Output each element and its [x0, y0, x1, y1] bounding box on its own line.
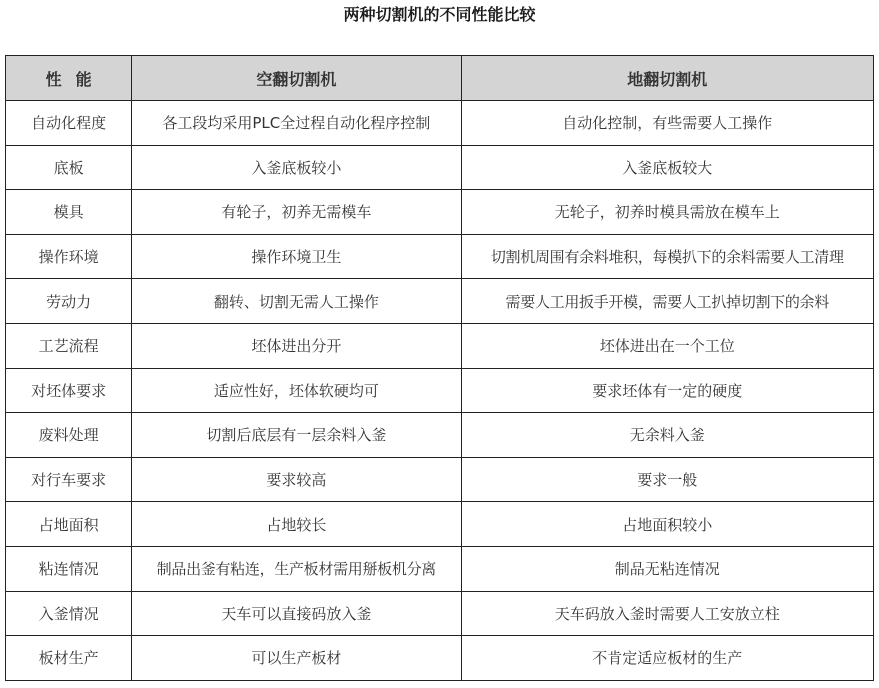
row-difan-value: 自动化控制，有些需要人工操作 [461, 101, 873, 146]
row-property: 板材生产 [6, 636, 132, 681]
table-row: 自动化程度 各工段均采用PLC全过程自动化程序控制 自动化控制，有些需要人工操作 [6, 101, 874, 146]
table-row: 占地面积 占地较长 占地面积较小 [6, 502, 874, 547]
row-kongfan-value: 各工段均采用PLC全过程自动化程序控制 [132, 101, 461, 146]
table-row: 对坯体要求 适应性好，坯体软硬均可 要求坯体有一定的硬度 [6, 368, 874, 413]
table-row: 粘连情况 制品出釜有粘连，生产板材需用掰板机分离 制品无粘连情况 [6, 546, 874, 591]
row-property: 粘连情况 [6, 546, 132, 591]
row-kongfan-value: 天车可以直接码放入釜 [132, 591, 461, 636]
table-title: 两种切割机的不同性能比较 [0, 4, 879, 26]
row-property: 对坯体要求 [6, 368, 132, 413]
row-kongfan-value: 入釜底板较小 [132, 145, 461, 190]
header-difan-cutter: 地翻切割机 [461, 56, 873, 101]
row-kongfan-value: 切割后底层有一层余料入釜 [132, 413, 461, 458]
row-kongfan-value: 占地较长 [132, 502, 461, 547]
row-difan-value: 不肯定适应板材的生产 [461, 636, 873, 681]
row-difan-value: 入釜底板较大 [461, 145, 873, 190]
row-property: 自动化程度 [6, 101, 132, 146]
header-property: 性能 [6, 56, 132, 101]
row-property: 劳动力 [6, 279, 132, 324]
row-difan-value: 坯体进出在一个工位 [461, 323, 873, 368]
row-difan-value: 无轮子，初养时模具需放在模车上 [461, 190, 873, 235]
row-kongfan-value: 适应性好，坯体软硬均可 [132, 368, 461, 413]
row-property: 占地面积 [6, 502, 132, 547]
header-kongfan-cutter: 空翻切割机 [132, 56, 461, 101]
table-row: 板材生产 可以生产板材 不肯定适应板材的生产 [6, 636, 874, 681]
row-difan-value: 无余料入釜 [461, 413, 873, 458]
row-difan-value: 制品无粘连情况 [461, 546, 873, 591]
comparison-table: 性能 空翻切割机 地翻切割机 自动化程度 各工段均采用PLC全过程自动化程序控制… [5, 55, 874, 681]
row-difan-value: 需要人工用扳手开模，需要人工扒掉切割下的余料 [461, 279, 873, 324]
row-property: 操作环境 [6, 234, 132, 279]
table-row: 劳动力 翻转、切割无需人工操作 需要人工用扳手开模，需要人工扒掉切割下的余料 [6, 279, 874, 324]
row-kongfan-value: 坯体进出分开 [132, 323, 461, 368]
row-property: 废料处理 [6, 413, 132, 458]
row-kongfan-value: 要求较高 [132, 457, 461, 502]
row-difan-value: 天车码放入釜时需要人工安放立柱 [461, 591, 873, 636]
row-property: 对行车要求 [6, 457, 132, 502]
row-difan-value: 要求一般 [461, 457, 873, 502]
row-kongfan-value: 可以生产板材 [132, 636, 461, 681]
header-row: 性能 空翻切割机 地翻切割机 [6, 56, 874, 101]
table-row: 工艺流程 坯体进出分开 坯体进出在一个工位 [6, 323, 874, 368]
row-kongfan-value: 操作环境卫生 [132, 234, 461, 279]
table-row: 入釜情况 天车可以直接码放入釜 天车码放入釜时需要人工安放立柱 [6, 591, 874, 636]
table-row: 对行车要求 要求较高 要求一般 [6, 457, 874, 502]
row-kongfan-value: 翻转、切割无需人工操作 [132, 279, 461, 324]
row-property: 底板 [6, 145, 132, 190]
row-kongfan-value: 制品出釜有粘连，生产板材需用掰板机分离 [132, 546, 461, 591]
row-property: 入釜情况 [6, 591, 132, 636]
row-difan-value: 要求坯体有一定的硬度 [461, 368, 873, 413]
table-row: 操作环境 操作环境卫生 切割机周围有余料堆积，每模扒下的余料需要人工清理 [6, 234, 874, 279]
row-difan-value: 占地面积较小 [461, 502, 873, 547]
row-kongfan-value: 有轮子，初养无需模车 [132, 190, 461, 235]
table-row: 废料处理 切割后底层有一层余料入釜 无余料入釜 [6, 413, 874, 458]
row-property: 工艺流程 [6, 323, 132, 368]
table-row: 模具 有轮子，初养无需模车 无轮子，初养时模具需放在模车上 [6, 190, 874, 235]
row-property: 模具 [6, 190, 132, 235]
row-difan-value: 切割机周围有余料堆积，每模扒下的余料需要人工清理 [461, 234, 873, 279]
table-row: 底板 入釜底板较小 入釜底板较大 [6, 145, 874, 190]
